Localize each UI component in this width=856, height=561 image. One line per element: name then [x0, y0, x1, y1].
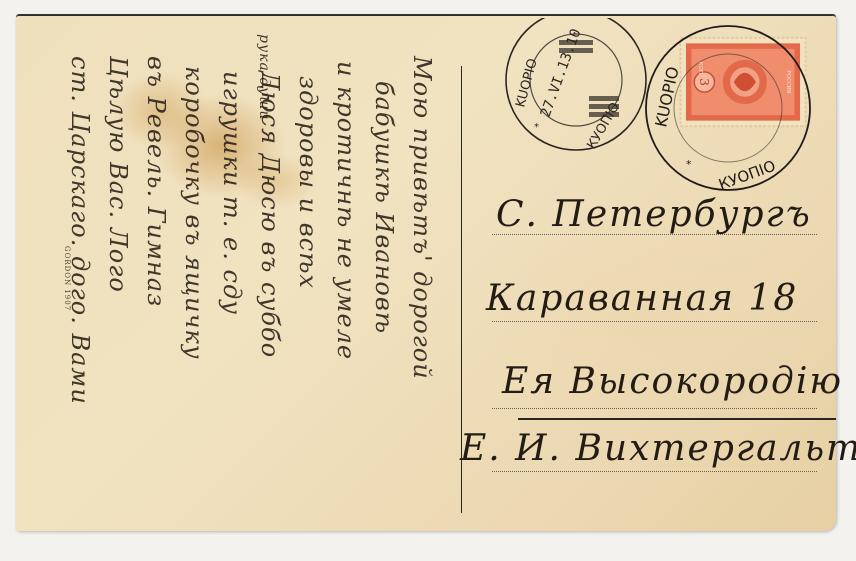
address-city: С. Петербургъ — [496, 194, 812, 235]
address-underline — [518, 418, 836, 420]
message-line: игрушки т. е. сду — [218, 71, 246, 315]
address-honorific: Ея Высокородію — [502, 361, 843, 402]
publisher-mark: GORDON 1907 — [63, 246, 71, 311]
postmark-town-latin: KUOPIO — [651, 65, 682, 129]
svg-text:*: * — [686, 158, 692, 171]
postcard: Мою привѣтъ' дорогой бабушкѣ Ивановѣ и к… — [16, 15, 836, 531]
message-line: Цѣлую Вас. Лого — [104, 56, 132, 293]
postmark-icon: KUOPIO КУОПІО * — [616, 18, 816, 198]
postmark-town-latin: KUOPIO — [513, 57, 540, 109]
message-line: здоровы и всѣх — [294, 76, 322, 289]
address-rule — [492, 321, 817, 322]
message-line: коробочку въ ящичку — [180, 66, 208, 360]
address-recipient: Е. И. Вихтергальтеръ — [460, 428, 856, 469]
address-street: Караванная 18 — [486, 278, 798, 319]
message-line: бабушкѣ Ивановѣ — [370, 81, 398, 334]
message-line: ст. Царскаго. дого. Вами — [66, 56, 94, 405]
address-rule — [492, 471, 817, 472]
handwritten-message: Мою привѣтъ' дорогой бабушкѣ Ивановѣ и к… — [36, 46, 466, 546]
svg-text:*: * — [534, 122, 539, 133]
message-line: въ Ревель. Гимназ — [142, 56, 170, 307]
message-line: и кротичнѣ не умеле — [332, 61, 360, 360]
message-line: Мою привѣтъ' дорогой — [408, 56, 436, 380]
address-rule — [492, 408, 817, 409]
margin-note: рука души — [256, 34, 272, 121]
